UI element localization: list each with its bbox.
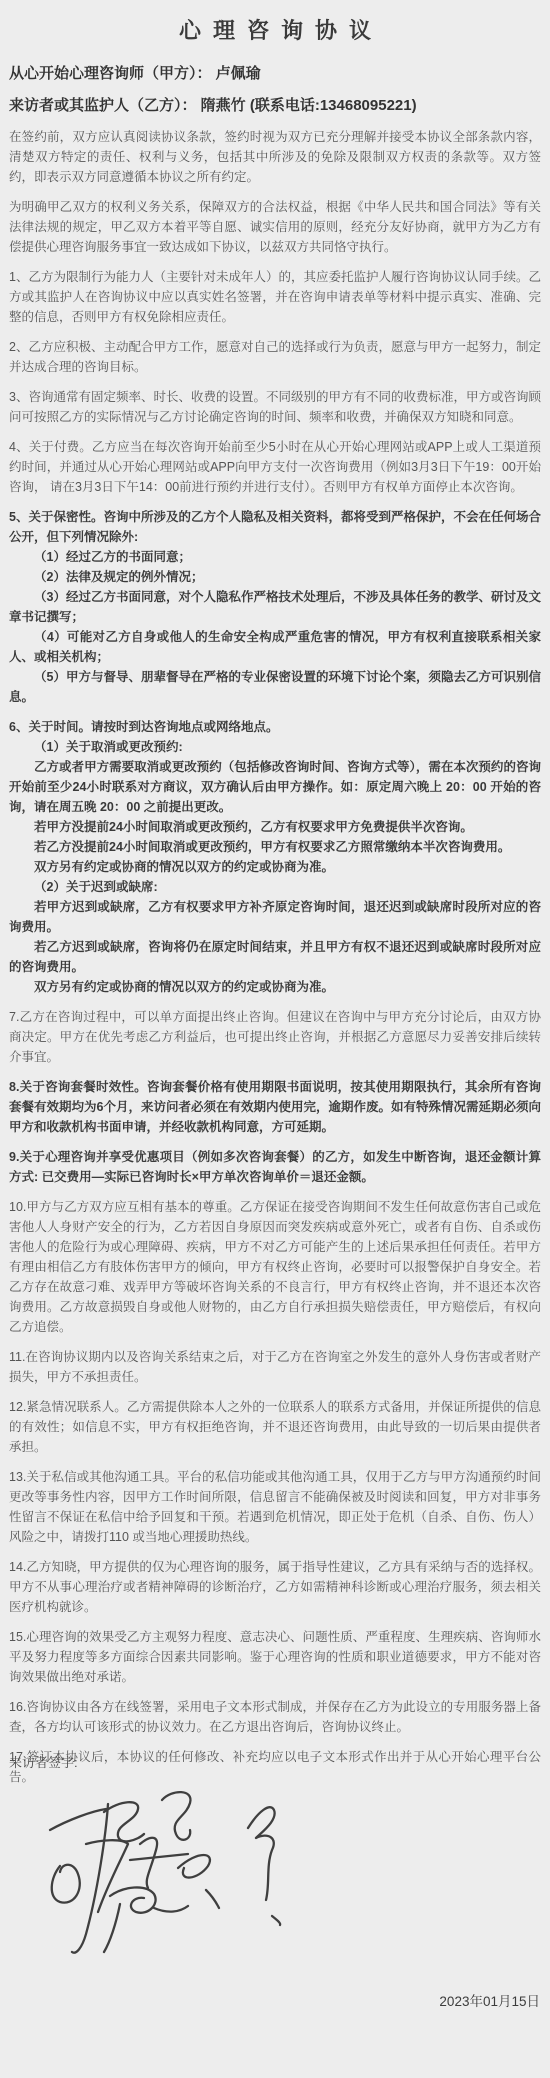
paragraph-6-item-1-d: 双方另有约定或协商的情况以双方的约定或协商为准。 [9, 857, 541, 877]
paragraph-6-item-2-c: 双方另有约定或协商的情况以双方的约定或协商为准。 [9, 977, 541, 997]
paragraph-5-item-1: （1）经过乙方的书面同意； [9, 547, 541, 567]
paragraph-1: 1、乙方为限制行为能力人（主要针对未成年人）的，其应委托监护人履行咨询协议认同手… [9, 267, 541, 327]
paragraph-intro-2: 为明确甲乙双方的权利义务关系，保障双方的合法权益，根据《中华人民共和国合同法》等… [9, 197, 541, 257]
paragraph-3: 3、咨询通常有固定频率、时长、收费的设置。不同级别的甲方有不同的收费标准，甲方或… [9, 387, 541, 427]
paragraph-5-item-2: （2）法律及规定的例外情况； [9, 567, 541, 587]
paragraph-15: 15.心理咨询的效果受乙方主观努力程度、意志决心、问题性质、严重程度、生理疾病、… [9, 1627, 541, 1687]
paragraph-14: 14.乙方知晓，甲方提供的仅为心理咨询的服务，属于指导性建议，乙方具有采纳与否的… [9, 1557, 541, 1617]
paragraph-11: 11.在咨询协议期内以及咨询关系结束之后，对于乙方在咨询室之外发生的意外人身伤害… [9, 1347, 541, 1387]
party-a-line: 从心开始心理咨询师（甲方）： 卢佩瑜 [9, 63, 541, 84]
paragraph-6-item-1: （1）关于取消或更改预约: [9, 737, 541, 757]
agreement-document: 心理咨询协议 从心开始心理咨询师（甲方）： 卢佩瑜 来访者或其监护人（乙方）： … [0, 0, 550, 2078]
paragraph-4: 4、关于付费。乙方应当在每次咨询开始前至少5小时在从心开始心理网站或APP上或人… [9, 437, 541, 497]
paragraph-intro-1: 在签约前，双方应认真阅读协议条款，签约时视为双方已充分理解并接受本协议全部条款内… [9, 127, 541, 187]
paragraph-5-item-3: （3）经过乙方书面同意，对个人隐私作严格技术处理后，不涉及具体任务的教学、研讨及… [9, 587, 541, 627]
agreement-date: 2023年01月15日 [439, 1990, 540, 2010]
paragraph-5: 5、关于保密性。咨询中所涉及的乙方个人隐私及相关资料，都将受到严格保护，不会在任… [9, 507, 541, 547]
paragraph-13: 13.关于私信或其他沟通工具。平台的私信功能或其他沟通工具，仅用于乙方与甲方沟通… [9, 1467, 541, 1547]
paragraph-12: 12.紧急情况联系人。乙方需提供除本人之外的一位联系人的联系方式备用，并保证所提… [9, 1397, 541, 1457]
paragraph-2: 2、乙方应积极、主动配合甲方工作，愿意对自己的选择或行为负责，愿意与甲方一起努力… [9, 337, 541, 377]
paragraph-5-item-4: （4）可能对乙方自身或他人的生命安全构成严重危害的情况，甲方有权利直接联系相关家… [9, 627, 541, 667]
visitor-signature-image [18, 1782, 358, 1982]
paragraph-6-item-2-b: 若乙方迟到或缺席，咨询将仍在原定时间结束，并且甲方有权不退还迟到或缺席时段所对应… [9, 937, 541, 977]
paragraph-6-item-1-c: 若乙方没提前24小时间取消或更改预约，甲方有权要求乙方照常缴纳本半次咨询费用。 [9, 837, 541, 857]
paragraph-5-item-5: （5）甲方与督导、朋辈督导在严格的专业保密设置的环境下讨论个案，须隐去乙方可识别… [9, 667, 541, 707]
signature-scribble-icon [18, 1782, 358, 1982]
paragraph-6-item-2-a: 若甲方迟到或缺席，乙方有权要求甲方补齐原定咨询时间，退还迟到或缺席时段所对应的咨… [9, 897, 541, 937]
paragraph-6: 6、关于时间。请按时到达咨询地点或网络地点。 [9, 717, 541, 737]
page-title: 心理咨询协议 [9, 14, 541, 45]
paragraph-6-item-1-a: 乙方或者甲方需要取消或更改预约（包括修改咨询时间、咨询方式等），需在本次预约的咨… [9, 757, 541, 817]
agreement-body: 心理咨询协议 从心开始心理咨询师（甲方）： 卢佩瑜 来访者或其监护人（乙方）： … [0, 0, 550, 1787]
paragraph-8: 8.关于咨询套餐时效性。咨询套餐价格有使用期限书面说明，按其使用期限执行，其余所… [9, 1077, 541, 1137]
paragraph-16: 16.咨询协议由各方在线签署，采用电子文本形式制成，并保存在乙方为此设立的专用服… [9, 1697, 541, 1737]
paragraph-6-item-2: （2）关于迟到或缺席: [9, 877, 541, 897]
paragraph-17: 17.签订本协议后，本协议的任何修改、补充均应以电子文本形式作出并于从心开始心理… [9, 1747, 541, 1787]
paragraph-7: 7.乙方在咨询过程中，可以单方面提出终止咨询。但建议在咨询中与甲方充分讨论后，由… [9, 1007, 541, 1067]
signature-label: 来访者签字: [9, 1752, 78, 1771]
party-b-line: 来访者或其监护人（乙方）： 隋燕竹 (联系电话:13468095221) [9, 95, 541, 116]
paragraph-6-item-1-b: 若甲方没提前24小时间取消或更改预约，乙方有权要求甲方免费提供半次咨询。 [9, 817, 541, 837]
paragraph-9: 9.关于心理咨询并享受优惠项目（例如多次咨询套餐）的乙方，如发生中断咨询，退还金… [9, 1147, 541, 1187]
paragraph-10: 10.甲方与乙方双方应互相有基本的尊重。乙方保证在接受咨询期间不发生任何故意伤害… [9, 1197, 541, 1337]
